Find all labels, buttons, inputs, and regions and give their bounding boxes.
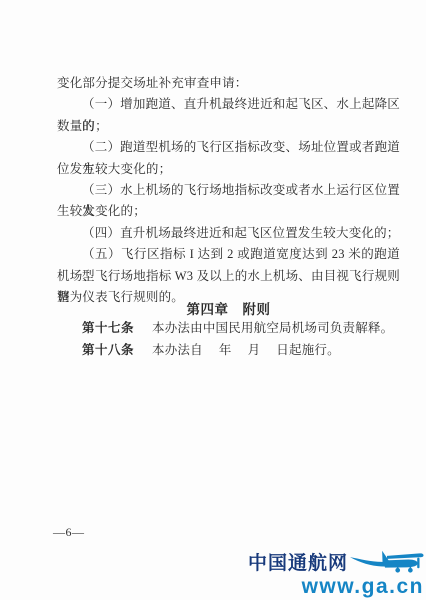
watermark-top-row: 中国通航网 bbox=[248, 551, 424, 575]
article-number: 第十八条 bbox=[82, 343, 134, 357]
site-url-label: www.ga.cn bbox=[248, 576, 424, 597]
body-line: （一）增加跑道、直升机最终进近和起飞区、水上起降区的 bbox=[57, 94, 400, 115]
article-text: 本办法自 年 月 日起施行。 bbox=[152, 343, 340, 357]
airplane-icon bbox=[350, 548, 424, 578]
document-body: 变化部分提交场址补充审查申请： （一）增加跑道、直升机最终进近和起飞区、水上起降… bbox=[57, 73, 400, 361]
body-line: （三）水上机场的飞行场地指标改变或者水上运行区位置发 bbox=[57, 180, 400, 201]
document-page: 变化部分提交场址补充审查申请： （一）增加跑道、直升机最终进近和起飞区、水上起降… bbox=[0, 0, 426, 600]
page-number: —6— bbox=[53, 525, 85, 540]
article-17: 第十七条本办法由中国民用航空局机场司负责解释。 bbox=[57, 318, 400, 339]
body-line: （五）飞行区指标 I 达到 2 或跑道宽度达到 23 米的跑道型 bbox=[57, 244, 400, 265]
body-line: 位发生较大变化的； bbox=[57, 159, 400, 180]
article-18: 第十八条本办法自 年 月 日起施行。 bbox=[57, 340, 400, 361]
body-line: （四）直升机场最终进近和起飞区位置发生较大变化的； bbox=[57, 223, 400, 244]
body-line: 机场、飞行场地指标 W3 及以上的水上机场、由目视飞行规则调 bbox=[57, 266, 400, 287]
article-number: 第十七条 bbox=[82, 321, 134, 335]
body-line: 数量的； bbox=[57, 116, 400, 137]
body-line: 变化部分提交场址补充审查申请： bbox=[57, 73, 400, 94]
article-text: 本办法由中国民用航空局机场司负责解释。 bbox=[152, 321, 393, 335]
site-name-label: 中国通航网 bbox=[248, 554, 348, 573]
body-line: 生较大变化的； bbox=[57, 201, 400, 222]
watermark-logo: 中国通航网 bbox=[248, 551, 424, 597]
body-line: （二）跑道型机场的飞行区指标改变、场址位置或者跑道方 bbox=[57, 137, 400, 158]
